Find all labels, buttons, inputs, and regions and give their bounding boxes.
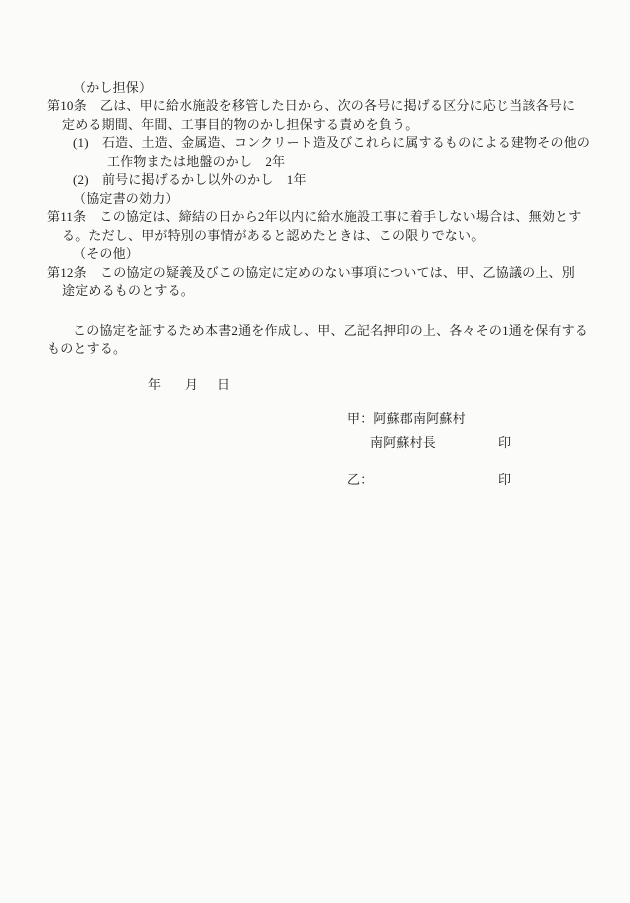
heading-agreement-effect: （協定書の効力） [73, 192, 179, 205]
article11-line2: る。ただし、甲が特別の事情があると認めたときは、この限りでない。 [62, 229, 484, 242]
party-a-name-line: 甲：阿蘇郡南阿蘇村 [347, 412, 466, 425]
article12-line2: 途定めるものとする。 [62, 284, 194, 297]
article10-item1-line2: 工作物または地盤のかし 2年 [107, 155, 285, 168]
heading-miscellaneous: （その他） [73, 247, 139, 260]
document-page: （かし担保） 第10条 乙は、甲に給水施設を移管した日から、次の各号に掲げる区分… [0, 0, 630, 903]
date-year-label: 年 [148, 378, 161, 391]
heading-defect-warranty: （かし担保） [73, 81, 152, 94]
party-b-seal-mark: 印 [498, 473, 511, 486]
closing-clause-line2: ものとする。 [47, 342, 126, 355]
article10-item2: (2) 前号に掲げるかし以外のかし 1年 [73, 173, 307, 186]
article10-line1: 第10条 乙は、甲に給水施設を移管した日から、次の各号に掲げる区分に応じ当該各号… [47, 99, 575, 112]
date-month-label: 月 [185, 378, 198, 391]
party-a-seal-mark: 印 [498, 436, 511, 449]
article11-line1: 第11条 この協定は、締結の日から2年以内に給水施設工事に着手しない場合は、無効… [47, 210, 581, 223]
party-b-label: 乙： [347, 473, 373, 486]
closing-clause-line1: この協定を証するため本書2通を作成し、甲、乙記名押印の上、各々その1通を保有する [73, 324, 588, 337]
article12-line1: 第12条 この協定の疑義及びこの協定に定めのない事項については、甲、乙協議の上、… [47, 266, 575, 279]
date-day-label: 日 [217, 378, 230, 391]
article10-line2: 定める期間、年間、工事目的物のかし担保する責めを負う。 [62, 118, 418, 131]
article10-item1-line1: (1) 石造、土造、金属造、コンクリート造及びこれらに属するものによる建物その他… [73, 136, 590, 149]
party-a-title: 南阿蘇村長 [370, 436, 436, 449]
